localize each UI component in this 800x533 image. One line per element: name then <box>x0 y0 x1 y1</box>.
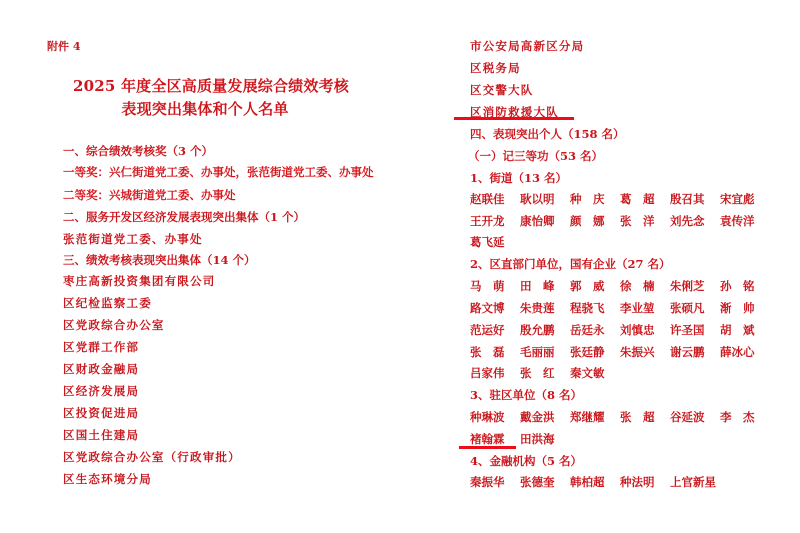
person-name: 刘先念 <box>670 213 705 229</box>
person-name: 郑继耀 <box>570 409 605 425</box>
person-name: 刘慎忠 <box>620 322 655 338</box>
section2-heading: 二、服务开发区经济发展表现突出集体（1 个） <box>63 209 305 225</box>
person-name: 毛丽丽 <box>520 344 555 360</box>
person-name: 许圣国 <box>670 322 705 338</box>
person-name: 郭 威 <box>570 278 605 294</box>
group-heading-financial: 4、金融机构（5 名） <box>470 453 582 469</box>
document-title-line2: 表现突出集体和个人名单 <box>0 98 400 119</box>
section3-item: 区税务局 <box>470 60 521 76</box>
person-name: 袁传洋 <box>720 213 755 229</box>
person-name: 张 磊 <box>470 344 505 360</box>
person-name: 宋宜彪 <box>720 191 755 207</box>
section3-item: 区投资促进局 <box>63 405 139 421</box>
person-name: 谢云鹏 <box>670 344 705 360</box>
person-name: 颜 娜 <box>570 213 605 229</box>
person-name: 耿以明 <box>520 191 555 207</box>
section2-item: 张范街道党工委、办事处 <box>63 231 203 247</box>
person-name: 田 峰 <box>520 278 555 294</box>
person-name: 岳廷永 <box>570 322 605 338</box>
person-name: 李 杰 <box>720 409 755 425</box>
person-name: 张廷静 <box>570 344 605 360</box>
person-name: 秦振华 <box>470 474 505 490</box>
person-name: 张 洋 <box>620 213 655 229</box>
person-name: 葛飞延 <box>470 234 505 250</box>
person-name: 种法明 <box>620 474 655 490</box>
person-name: 张硕凡 <box>670 300 705 316</box>
person-name: 葛 超 <box>620 191 655 207</box>
person-name: 赵联佳 <box>470 191 505 207</box>
first-prize: 一等奖：兴仁街道党工委、办事处，张范街道党工委、办事处 <box>63 164 374 180</box>
section3-item: 区纪检监察工委 <box>63 295 152 311</box>
person-name: 殷允鹏 <box>520 322 555 338</box>
second-prize: 二等奖：兴城街道党工委、办事处 <box>63 187 236 203</box>
person-name: 张 红 <box>520 365 555 381</box>
person-name: 范运好 <box>470 322 505 338</box>
section3-item: 区交警大队 <box>470 82 534 98</box>
group-heading-departments: 2、区直部门单位，国有企业（27 名） <box>470 256 671 272</box>
section3-item: 区生态环境分局 <box>63 471 152 487</box>
section3-item: 区财政金融局 <box>63 361 139 377</box>
section3-item: 市公安局高新区分局 <box>470 38 584 54</box>
person-name: 种琳波 <box>470 409 505 425</box>
person-name: 上官新星 <box>670 474 716 490</box>
person-name: 渐 帅 <box>720 300 755 316</box>
person-name: 康怡卿 <box>520 213 555 229</box>
person-name: 朱俐芝 <box>670 278 705 294</box>
person-name: 谷延波 <box>670 409 705 425</box>
person-name: 种 庆 <box>570 191 605 207</box>
sub1-heading: （一）记三等功（53 名） <box>468 148 603 164</box>
person-name: 褚翰霖 <box>470 431 505 447</box>
red-underline-mark <box>459 446 516 449</box>
person-name: 吕家伟 <box>470 365 505 381</box>
section3-item: 区国土住建局 <box>63 427 139 443</box>
section1-heading: 一、综合绩效考核奖（3 个） <box>63 143 213 159</box>
person-name: 徐 楠 <box>620 278 655 294</box>
group-heading-stationed-units: 3、驻区单位（8 名） <box>470 387 582 403</box>
person-name: 马 萌 <box>470 278 505 294</box>
section4-heading: 四、表现突出个人（158 名） <box>470 126 625 142</box>
section3-heading: 三、绩效考核表现突出集体（14 个） <box>63 252 256 268</box>
section3-item: 区党政综合办公室 <box>63 317 165 333</box>
person-name: 朱振兴 <box>620 344 655 360</box>
group-heading-streets: 1、街道（13 名） <box>470 170 567 186</box>
person-name: 田洪海 <box>520 431 555 447</box>
person-name: 张德奎 <box>520 474 555 490</box>
document-title-line1: 2025 年度全区高质量发展综合绩效考核 <box>0 75 400 96</box>
person-name: 路文博 <box>470 300 505 316</box>
person-name: 朱贵莲 <box>520 300 555 316</box>
section3-item: 区党政综合办公室（行政审批） <box>63 449 241 465</box>
person-name: 孙 铭 <box>720 278 755 294</box>
attachment-label: 附件 4 <box>47 38 80 54</box>
person-name: 程骁飞 <box>570 300 605 316</box>
left-page: 附件 4 2025 年度全区高质量发展综合绩效考核 表现突出集体和个人名单 一、… <box>0 0 400 533</box>
person-name: 王开龙 <box>470 213 505 229</box>
person-name: 薛冰心 <box>720 344 755 360</box>
section3-item: 区党群工作部 <box>63 339 139 355</box>
person-name: 秦文敏 <box>570 365 605 381</box>
person-name: 张 超 <box>620 409 655 425</box>
section3-item: 区经济发展局 <box>63 383 139 399</box>
person-name: 殷召其 <box>670 191 705 207</box>
person-name: 胡 斌 <box>720 322 755 338</box>
person-name: 李业堃 <box>620 300 655 316</box>
person-name: 戴金洪 <box>520 409 555 425</box>
section3-item: 枣庄高新投资集团有限公司 <box>63 273 215 289</box>
person-name: 韩柏超 <box>570 474 605 490</box>
red-underline-mark <box>454 117 574 120</box>
